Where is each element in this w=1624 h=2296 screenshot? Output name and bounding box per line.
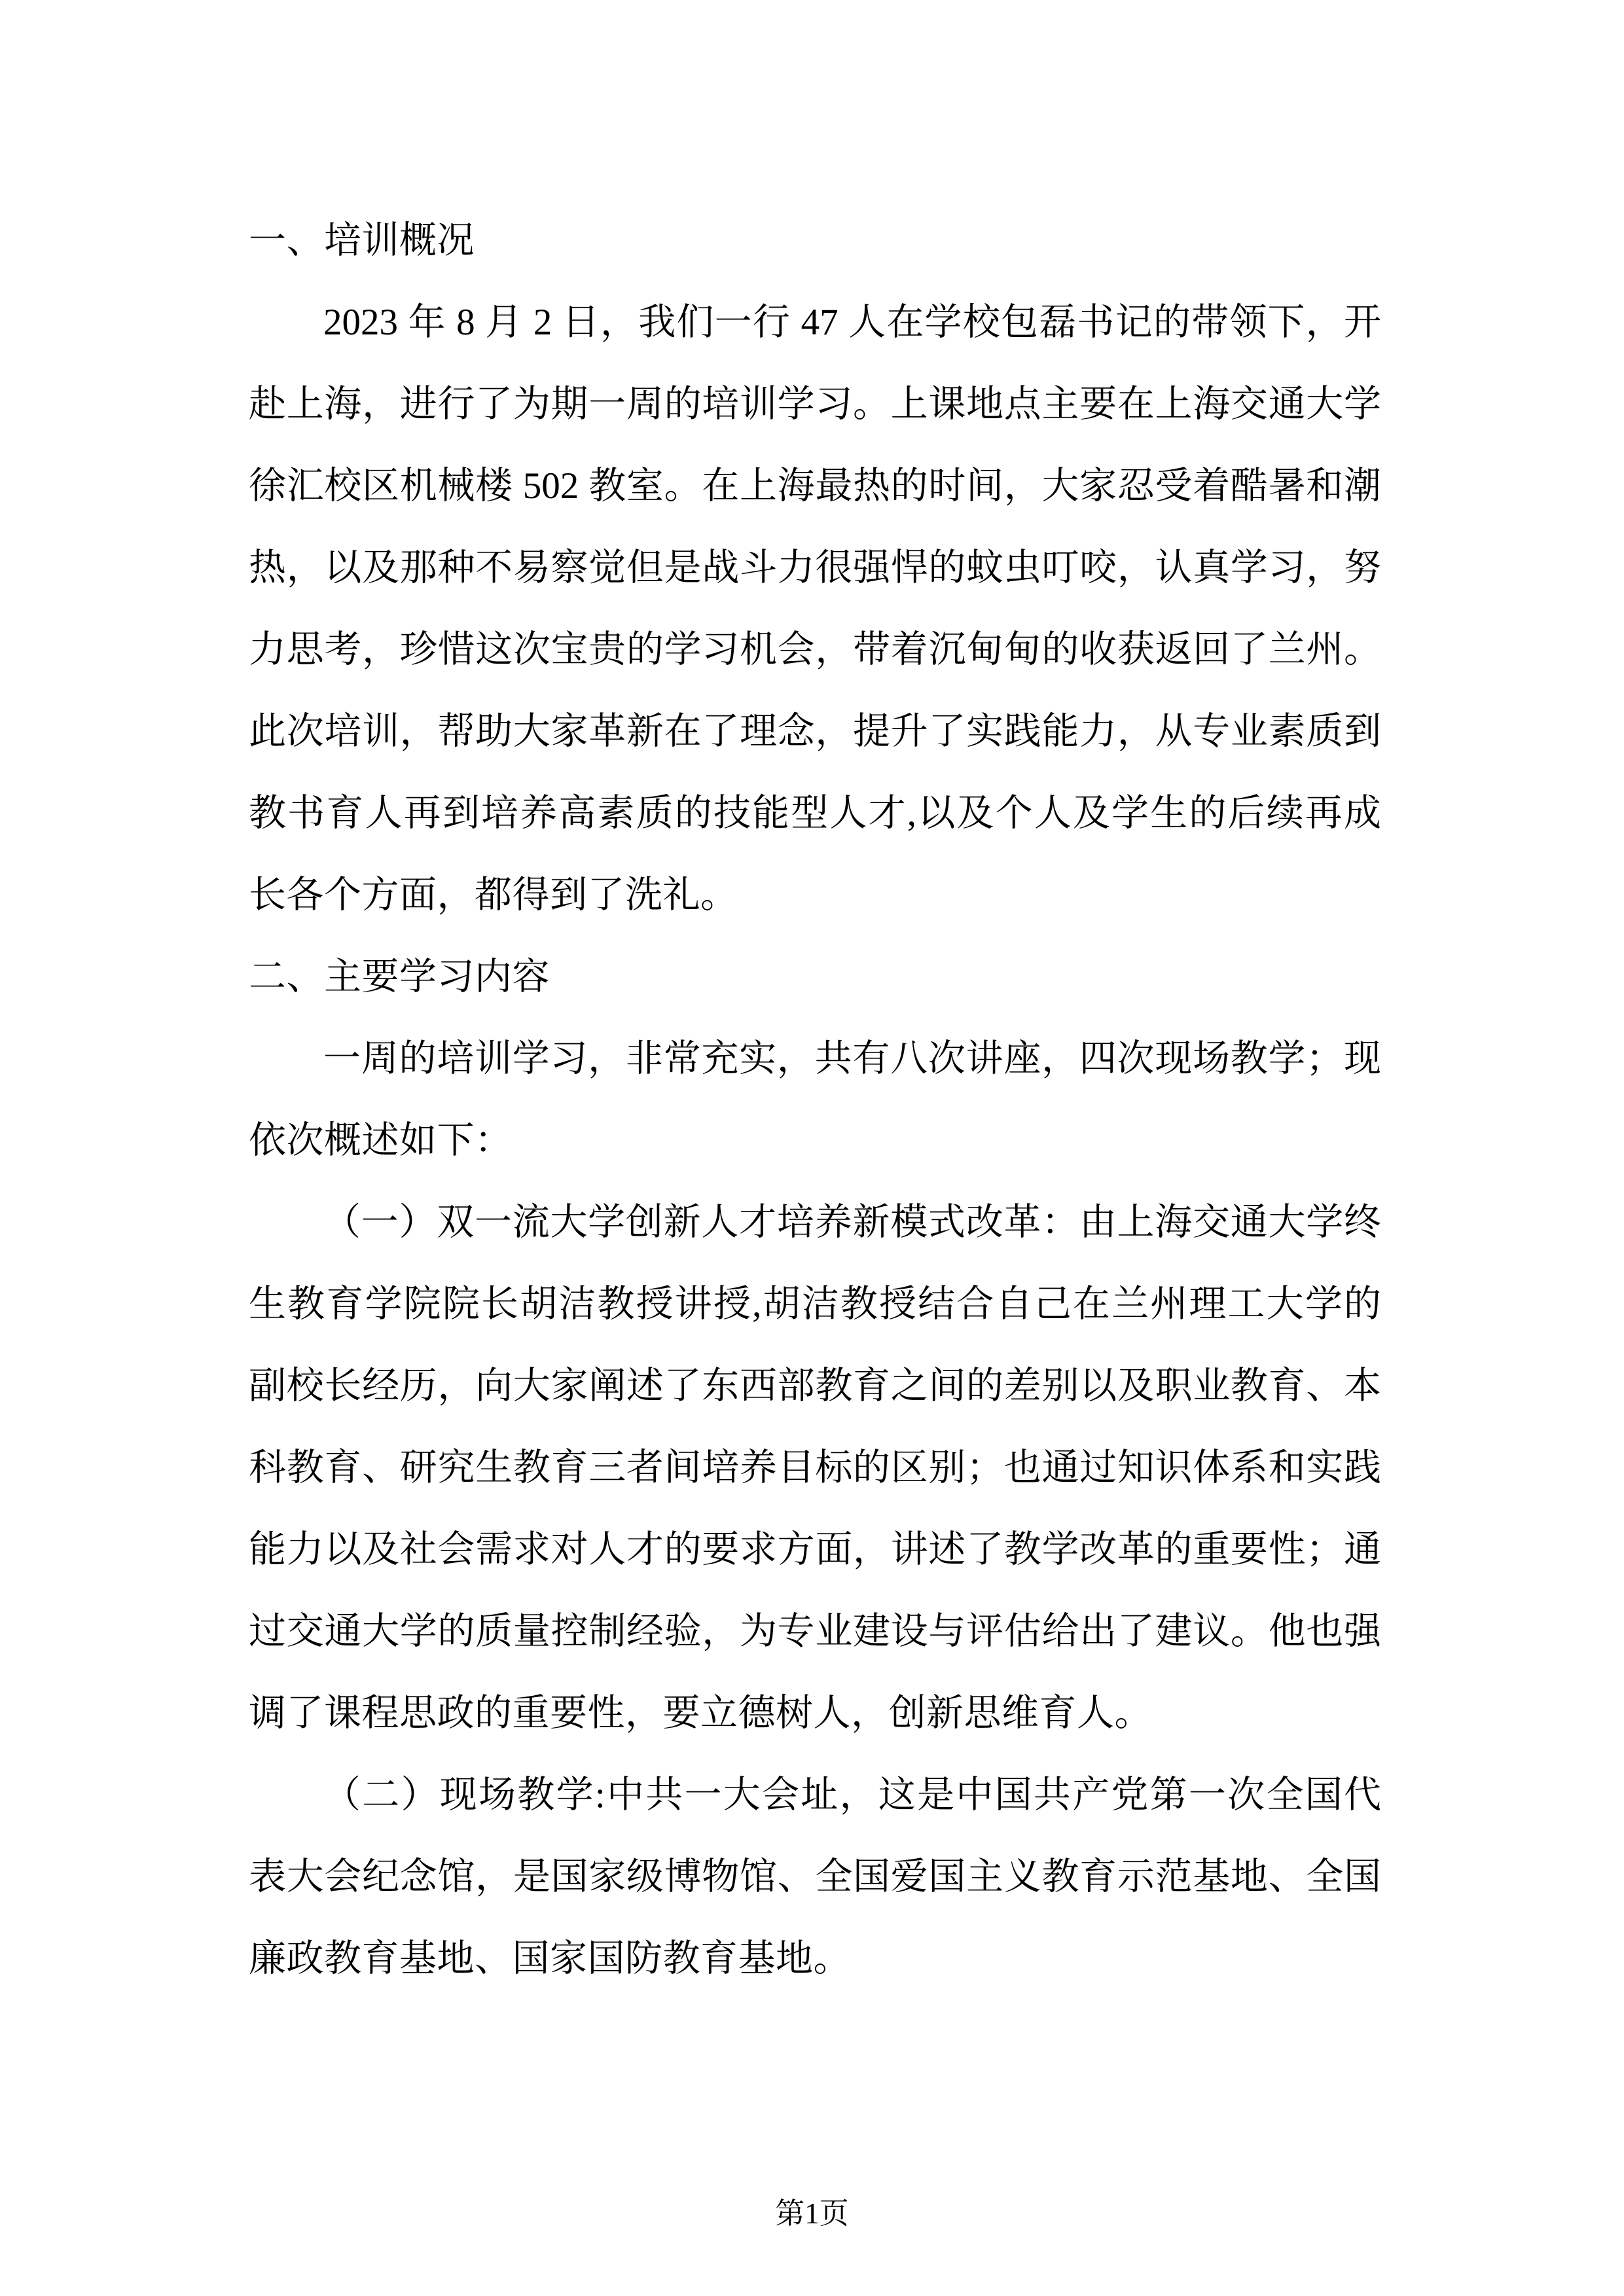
text-line: （二）现场教学:中共一大会址，这是中国共产党第一次全国代	[249, 1754, 1381, 1836]
text-line: 热，以及那种不易察觉但是战斗力很强悍的蚊虫叮咬，认真学习，努	[249, 527, 1381, 609]
text-line: 生教育学院院长胡洁教授讲授,胡洁教授结合自己在兰州理工大学的	[249, 1263, 1381, 1345]
text-line: 一周的培训学习，非常充实，共有八次讲座，四次现场教学；现	[249, 1018, 1381, 1100]
page-number: 第1页	[775, 2197, 849, 2230]
text-line: 力思考，珍惜这次宝贵的学习机会，带着沉甸甸的收获返回了兰州。	[249, 609, 1381, 691]
text-line: 徐汇校区机械楼 502 教室。在上海最热的时间，大家忍受着酷暑和潮	[249, 445, 1381, 527]
text-line: 此次培训，帮助大家革新在了理念，提升了实践能力，从专业素质到	[249, 691, 1381, 772]
text-line: 调了课程思政的重要性，要立德树人，创新思维育人。	[249, 1672, 1381, 1754]
text-line: 副校长经历，向大家阐述了东西部教育之间的差别以及职业教育、本	[249, 1345, 1381, 1427]
text-line: 教书育人再到培养高素质的技能型人才,以及个人及学生的后续再成	[249, 772, 1381, 854]
document-body: 一、培训概况2023 年 8 月 2 日，我们一行 47 人在学校包磊书记的带领…	[249, 200, 1381, 2000]
text-line: 廉政教育基地、国家国防教育基地。	[249, 1918, 1381, 2000]
text-line: 长各个方面，都得到了洗礼。	[249, 854, 1381, 936]
text-line: 2023 年 8 月 2 日，我们一行 47 人在学校包磊书记的带领下，开	[249, 281, 1381, 363]
section-heading: 一、培训概况	[249, 200, 1381, 281]
text-line: 科教育、研究生教育三者间培养目标的区别；也通过知识体系和实践	[249, 1427, 1381, 1509]
text-line: 赴上海，进行了为期一周的培训学习。上课地点主要在上海交通大学	[249, 363, 1381, 445]
section-heading: 二、主要学习内容	[249, 936, 1381, 1018]
text-line: （一）双一流大学创新人才培养新模式改革：由上海交通大学终	[249, 1181, 1381, 1263]
text-line: 过交通大学的质量控制经验，为专业建设与评估给出了建议。他也强	[249, 1590, 1381, 1672]
text-line: 表大会纪念馆，是国家级博物馆、全国爱国主义教育示范基地、全国	[249, 1836, 1381, 1918]
text-line: 依次概述如下：	[249, 1100, 1381, 1181]
page-footer: 第1页	[0, 2194, 1624, 2233]
text-line: 能力以及社会需求对人才的要求方面，讲述了教学改革的重要性；通	[249, 1509, 1381, 1590]
document-page: 一、培训概况2023 年 8 月 2 日，我们一行 47 人在学校包磊书记的带领…	[0, 0, 1624, 2296]
